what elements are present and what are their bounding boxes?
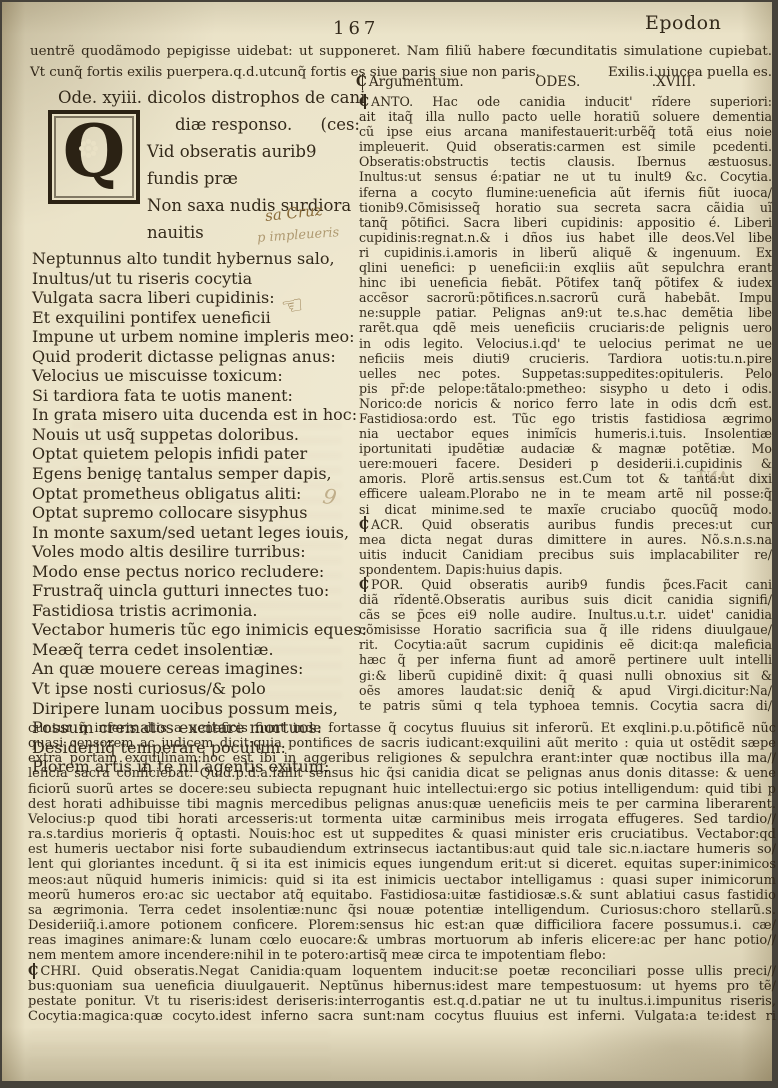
commentary-line: iportunitati ipudẽtiæ audaciæ & magnæ po…	[359, 441, 772, 456]
poem-line: Voles modo altis desilire turribus:	[32, 542, 360, 562]
commentary-line: CPOR. Quid obseratis aurib9 fundis p̃ces…	[359, 577, 772, 592]
commentary-line: ra.s.tardius morieris q̃ optasti. Nouis:…	[28, 827, 776, 842]
commentary-line: rarẽt.qua qdẽ meis ueneficiis cruciaris:…	[359, 320, 772, 335]
capitulum-mark: C	[28, 964, 38, 979]
commentary-line: tanq̃ põtifici. Sacra liberi cupidinis: …	[359, 215, 772, 230]
commentary-line: oẽs amores laudat:sic deniq̃ & apud Virg…	[359, 683, 772, 698]
poem-line: Optat supremo collocare sisyphus	[32, 503, 360, 523]
commentary-line: Cocytia:magica:quæ cocyto.idest inferno …	[28, 1009, 776, 1024]
poem-line: Egens benigę tantalus semper dapis,	[32, 464, 360, 484]
commentary-line: qlini uenefici: p ueneficii:in exqliis a…	[359, 260, 772, 275]
poem-line: Modo ense pectus norico recludere:	[32, 562, 360, 582]
commentary-line: te patris sũmi q tela typhoea temnis. Co…	[359, 698, 772, 713]
commentary-line: accẽsor sacrorũ:põtifices.n.sacrorũ curã…	[359, 290, 772, 305]
book-page: 167 Epodon uentrẽ quodãmodo pepigisse ui…	[2, 2, 772, 1081]
argument-label-text: Argumentum.	[369, 74, 464, 90]
commentary-line: meos:aut nũquid humeris inimicis: quid s…	[28, 873, 776, 888]
poem-line: Impune ut urbem nomine impleris meo:	[32, 327, 360, 347]
commentary-line: quasi censorem ac iudicem dicit:quia pon…	[28, 736, 776, 751]
ode-heading-line2-text: diæ responso.	[175, 111, 292, 138]
commentary-line: mea dicta negat duras dimittere in aures…	[359, 532, 772, 547]
commentary-line: lent qui gloriantes incedunt. q̃ si ita …	[28, 857, 776, 872]
commentary-column: CANTO. Hac ode canidia inducit' rĩdere s…	[359, 94, 772, 713]
commentary-line: Desideriiq̃.i.amore potionem conficere. …	[28, 918, 776, 933]
intro-line: uentrẽ quodãmodo pepigisse uidebat: ut s…	[30, 42, 772, 63]
poem-line: In monte saxum/sed uetant leges iouis,	[32, 523, 360, 543]
commentary-line: est humeris uectabor nisi forte subaudie…	[28, 842, 776, 857]
commentary-line: efficere ualeam.Plorabo ne in te meam ar…	[359, 486, 772, 501]
commentary-line: ri cupidinis.i.amoris in liberũ aliquẽ &…	[359, 245, 772, 260]
commentary-line: uitis inducit Canidiam precibus suis imp…	[359, 547, 772, 562]
commentary-line: cũ ipse eius arcana manifestauerit:urbẽq…	[359, 124, 772, 139]
commentary-line: iferna a cocyto flumine:ueneficia aũt if…	[359, 185, 772, 200]
commentary-line: diã rĩdentẽ.Obseratis auribus suis dicit…	[359, 592, 772, 607]
poem-line: Nouis ut usq̃ suppetas doloribus.	[32, 425, 360, 445]
capitulum-mark: C	[359, 517, 369, 532]
verso-showthrough-text: ANT.	[692, 469, 728, 483]
poem-line: Velocius ue miscuisse toxicum:	[32, 366, 360, 386]
rosette-ornament	[86, 146, 91, 151]
commentary-line: impleuerit. Quid obseratis:carmen est si…	[359, 139, 772, 154]
poem-line: Diripere lunam uocibus possum meis,	[32, 699, 360, 719]
poem-line: An quæ mouere cereas imagines:	[32, 659, 360, 679]
commentary-line: Norico:de noricis & norico ferro late in…	[359, 396, 772, 411]
argument-number: .XVIII.	[652, 74, 696, 90]
commentary-line: nem mentem amore incendere:nihil in te p…	[28, 948, 776, 963]
commentary-line: ait itaq̃ illa nullo pacto uelle horatiũ…	[359, 109, 772, 124]
poem-line: Vid obseratis aurib9 fundis præ	[147, 138, 360, 192]
poem-line: Frustraq̃ uincla gutturi innectes tuo:	[32, 581, 360, 601]
commentary-line: cãs se p̃ces ei9 nolle audire. Inultus.u…	[359, 607, 772, 622]
commentary-line: reas imagines animare:& lunam cœlo euoca…	[28, 933, 776, 948]
commentary-line: spondentem. Dapis:huius dapis.	[359, 562, 772, 577]
commentary-line: extra portam exquilinam:hoc est ibi in a…	[28, 751, 776, 766]
poem-line: Vulgata sacra liberi cupidinis:	[32, 288, 360, 308]
commentary-line: hæc q̃ per inferna fiunt ad amorẽ pertin…	[359, 652, 772, 667]
bottom-commentary: cuntur q̃ inferis diis a ueneficis fiunt…	[28, 721, 776, 1024]
poem-line: Si tardiora fata te uotis manent:	[32, 386, 360, 406]
argument-heading: CArgumentum. ODES. .XVIII.	[356, 74, 696, 90]
commentary-line: tionib9.Cõmisisseq̃ horatio sua secreta …	[359, 200, 772, 215]
poem-lines: Neptunnus alto tundit hybernus salo,Inul…	[32, 249, 360, 777]
drop-cap-row: Q diæ responso. (ces: Vid obseratis auri…	[32, 110, 360, 246]
commentary-line: bus:quoniam sua ueneficia diuulgauerit. …	[28, 979, 776, 994]
commentary-line: ficiorũ suorũ artes se docere:seu subiec…	[28, 782, 776, 797]
commentary-line: Velocius:p quod tibi horati arcesseris:u…	[28, 812, 776, 827]
poem-line: Optat prometheus obligatus aliti:	[32, 484, 360, 504]
commentary-line: pis pr̃:de pelope:tãtalo:pmetheo: sisyph…	[359, 381, 772, 396]
commentary-line: Inultus:ut sensus é:patiar ne ut tu inul…	[359, 169, 772, 184]
commentary-line: meorũ humeros ero:ac sic uectabor atq̃ e…	[28, 888, 776, 903]
commentary-line: leficia sacra conficiebat. Quid.p.d.a.fa…	[28, 766, 776, 781]
commentary-line: cuntur q̃ inferis diis a ueneficis fiunt…	[28, 721, 776, 736]
commentary-line: neficiis meis diuti9 crucieris. Tardiora…	[359, 351, 772, 366]
commentary-line: Fastidiosa:ordo est. Tũc ego tristis fas…	[359, 411, 772, 426]
commentary-line: si dicat minime.sed te maxĩe cruciabo qu…	[359, 502, 772, 517]
running-title: Epodon	[645, 12, 721, 34]
poem-line: Optat quietem pelopis infidi pater	[32, 444, 360, 464]
argument-label: CArgumentum.	[356, 74, 464, 90]
commentary-line: CCHRI. Quid obseratis.Negat Canidia:quam…	[28, 964, 776, 979]
commentary-line: sa ægrimonia. Terra cedet insolentiæ:nun…	[28, 903, 776, 918]
commentary-line: nia uectabor eques inimĩcis humeris.i.tu…	[359, 426, 772, 441]
commentary-line: CACR. Quid obseratis auribus fundis prec…	[359, 517, 772, 532]
commentary-line: hinc ibi ueneficia fiebãt. Põtifex tanq̃…	[359, 275, 772, 290]
ode-heading: Ode. xyiii. dicolos distrophos de cani	[32, 88, 360, 107]
commentary-line: CANTO. Hac ode canidia inducit' rĩdere s…	[359, 94, 772, 109]
commentary-line: gi:& liberũ cupidinẽ dixit: q̃ quasi nul…	[359, 668, 772, 683]
poem-line: Et exquilini pontifex ueneficii	[32, 308, 360, 328]
commentary-line: cõmisisse Horatio sacrificia sua q̃ ille…	[359, 622, 772, 637]
poem-line: Meæq̃ terra cedet insolentiæ.	[32, 640, 360, 660]
commentary-line: in odis legito. Velocius.i.qd' te ueloci…	[359, 336, 772, 351]
capitulum-mark: C	[359, 94, 369, 109]
poem-line: Fastidiosa tristis acrimonia.	[32, 601, 360, 621]
page-number: 167	[333, 18, 379, 39]
initial-Q-woodcut: Q	[48, 110, 140, 204]
poem-line: Vectabor humeris tũc ego inimicis eques:	[32, 620, 360, 640]
poem-line: Inultus/ut tu riseris cocytia	[32, 269, 360, 289]
commentary-line: dest horati adhibuisse tibi magnis merce…	[28, 797, 776, 812]
drop-cap-letter: Q	[52, 108, 136, 194]
catchword: (ces:	[321, 111, 360, 138]
manicule-pointing-hand-icon: ☜	[279, 289, 306, 321]
commentary-line: cupidinis:regnat.n.& i dños ius habet il…	[359, 230, 772, 245]
commentary-line: pestate ponitur. Vt tu riseris:idest der…	[28, 994, 776, 1009]
poem-column: Ode. xyiii. dicolos distrophos de cani Q…	[32, 88, 360, 777]
commentary-line: Obseratis:obstructis tectis clausis. Ibe…	[359, 154, 772, 169]
capitulum-mark: C	[359, 577, 369, 592]
commentary-line: ne:supple patiar. Pelignas an9:ut te.s.h…	[359, 305, 772, 320]
commentary-line: rit. Cocytia:aũt sacrum cupidinis eẽ dic…	[359, 637, 772, 652]
poem-line: Quid proderit dictasse pelignas anus:	[32, 347, 360, 367]
commentary-line: uelles nec potes. Suppetas:suppedites:op…	[359, 366, 772, 381]
poem-line: Neptunnus alto tundit hybernus salo,	[32, 249, 360, 269]
poem-line: Vt ipse nosti curiosus/& polo	[32, 679, 360, 699]
poem-line: In grata misero uita ducenda est in hoc:	[32, 405, 360, 425]
argument-work: ODES.	[535, 74, 580, 90]
ode-heading-line2: diæ responso. (ces:	[147, 111, 360, 138]
